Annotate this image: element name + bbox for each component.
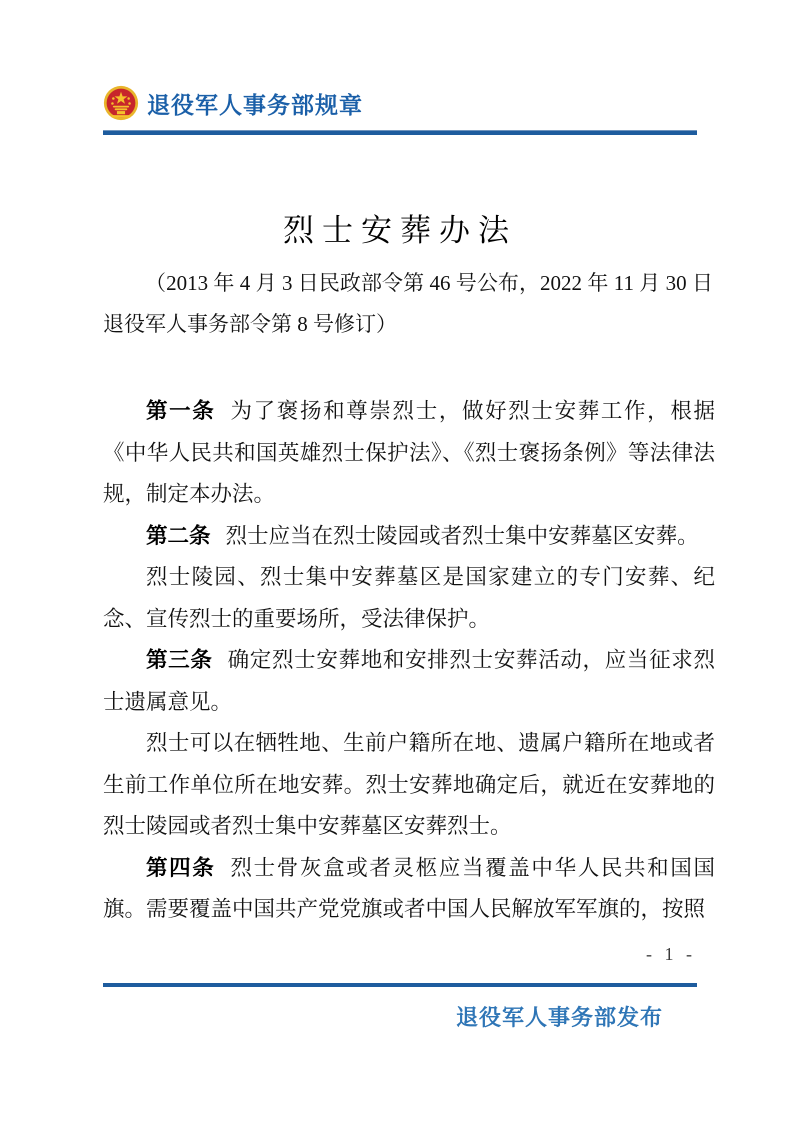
body-paragraph: 第三条确定烈士安葬地和安排烈士安葬活动，应当征求烈士遗属意见。	[103, 640, 715, 723]
body-paragraph: 烈士陵园、烈士集中安葬墓区是国家建立的专门安葬、纪念、宣传烈士的重要场所，受法律…	[103, 557, 715, 640]
article-number: 第三条	[146, 648, 213, 672]
agency-header-label: 退役军人事务部规章	[147, 87, 363, 120]
body-paragraph: 烈士可以在牺牲地、生前户籍所在地、遗属户籍所在地或者生前工作单位所在地安葬。烈士…	[103, 723, 715, 848]
page-number: - 1 -	[646, 944, 696, 965]
document-page: 退役军人事务部规章 烈士安葬办法 （2013 年 4 月 3 日民政部令第 46…	[0, 0, 793, 1122]
body-paragraph: 第一条为了褒扬和尊崇烈士，做好烈士安葬工作，根据《中华人民共和国英雄烈士保护法》…	[103, 391, 715, 516]
page-header: 退役军人事务部规章	[103, 85, 697, 121]
article-number: 第二条	[146, 524, 211, 548]
footer-rule	[103, 983, 697, 987]
document-title: 烈士安葬办法	[103, 211, 697, 251]
article-number: 第一条	[146, 399, 215, 423]
publisher-label: 退役军人事务部发布	[456, 1001, 663, 1032]
document-body: 第一条为了褒扬和尊崇烈士，做好烈士安葬工作，根据《中华人民共和国英雄烈士保护法》…	[103, 391, 715, 931]
body-paragraph: 第二条烈士应当在烈士陵园或者烈士集中安葬墓区安葬。	[103, 516, 715, 558]
paragraph-text: 烈士应当在烈士陵园或者烈士集中安葬墓区安葬。	[226, 524, 699, 548]
body-paragraph: 第四条烈士骨灰盒或者灵柩应当覆盖中华人民共和国国旗。需要覆盖中国共产党党旗或者中…	[103, 848, 715, 931]
promulgation-note: （2013 年 4 月 3 日民政部令第 46 号公布，2022 年 11 月 …	[103, 263, 713, 345]
china-national-emblem-icon	[103, 85, 139, 121]
paragraph-text: 烈士可以在牺牲地、生前户籍所在地、遗属户籍所在地或者生前工作单位所在地安葬。烈士…	[103, 731, 715, 838]
article-number: 第四条	[146, 856, 215, 880]
header-rule	[103, 130, 697, 135]
paragraph-text: 烈士陵园、烈士集中安葬墓区是国家建立的专门安葬、纪念、宣传烈士的重要场所，受法律…	[103, 565, 715, 631]
